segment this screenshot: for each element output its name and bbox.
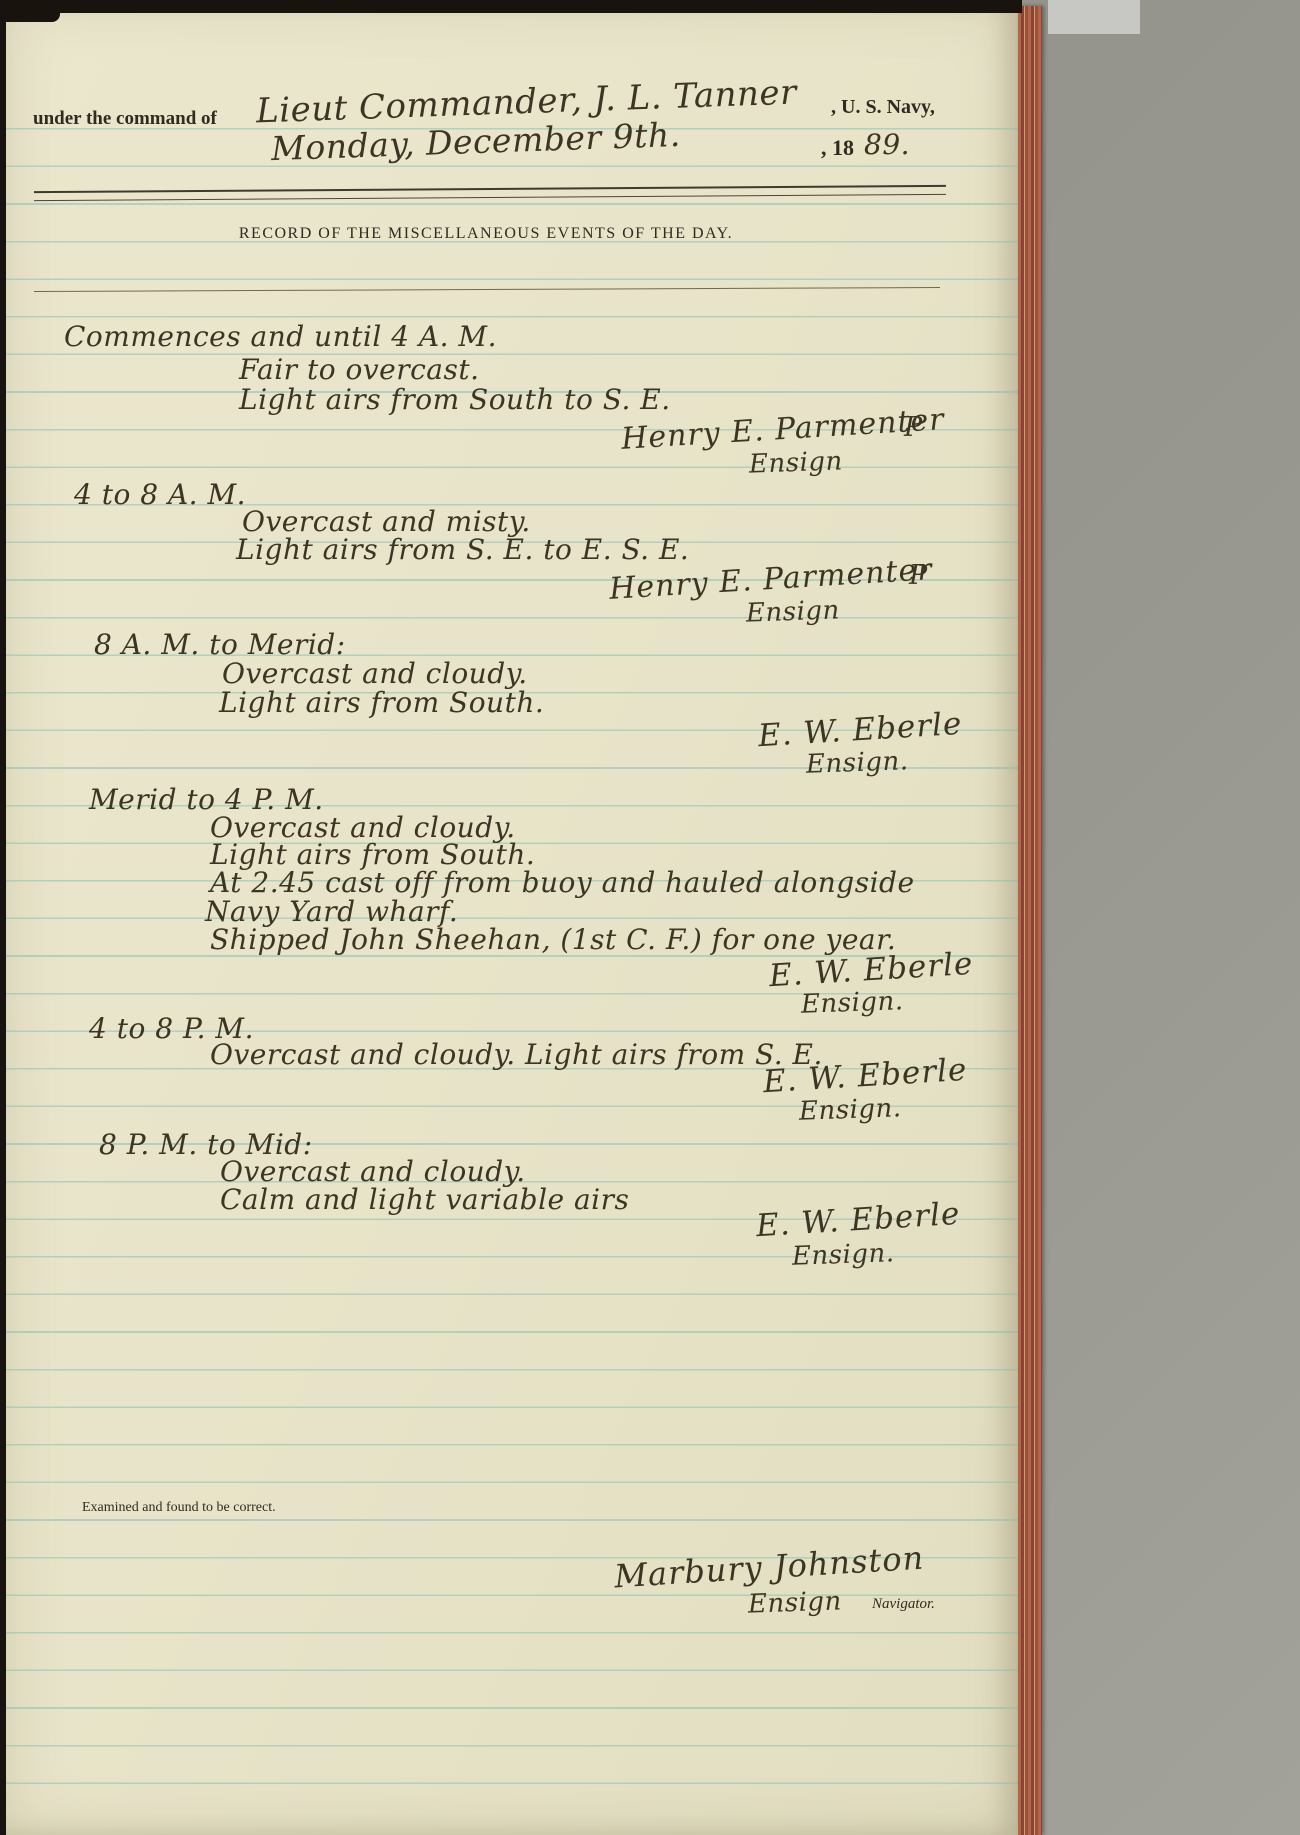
signature-rank: Ensign [749, 446, 844, 479]
navigator-signature: Marbury Johnston [613, 1539, 925, 1596]
signature-rank: Ensign [746, 595, 841, 628]
navigator-rank: Ensign [748, 1586, 843, 1619]
entry-line: Overcast and cloudy. Light airs from S. … [210, 1038, 823, 1071]
signature-rank: Ensign. [801, 986, 905, 1020]
section-title: RECORD OF THE MISCELLANEOUS EVENTS OF TH… [6, 225, 966, 243]
scanner-strip [1048, 0, 1140, 34]
signature-annotation: P [904, 412, 923, 443]
entry-line: Fair to overcast. [239, 353, 480, 386]
signature-rank: Ensign. [792, 1238, 896, 1272]
signature-annotation: P [909, 560, 928, 591]
printed-year-prefix: , 18 [821, 135, 854, 161]
book-cover-corner [0, 0, 60, 22]
entry-line: Shipped John Sheehan, (1st C. F.) for on… [210, 923, 896, 956]
header-divider [34, 185, 946, 201]
printed-command-prefix: under the command of [33, 108, 217, 130]
signature-rank: Ensign. [806, 746, 910, 780]
book-fore-edge [1018, 6, 1042, 1835]
entry-heading: Commences and until 4 A. M. [64, 320, 497, 353]
examined-note: Examined and found to be correct. [82, 1500, 276, 1516]
year-script: 89. [864, 128, 910, 161]
title-divider [34, 287, 940, 292]
book-binding-edge [0, 0, 6, 1835]
entry-line: Light airs from South. [219, 686, 544, 719]
printed-us-navy: , U. S. Navy, [831, 96, 935, 119]
entry-line: Light airs from South to S. E. [239, 383, 671, 416]
book-cover-top-edge [0, 0, 1022, 13]
signature: E. W. Eberle [755, 1196, 961, 1244]
entry-heading: 4 to 8 A. M. [74, 478, 246, 511]
logbook-scan: under the command of Lieut Commander, J.… [0, 0, 1300, 1835]
printed-navigator-title: Navigator. [872, 1596, 935, 1613]
signature-rank: Ensign. [799, 1093, 903, 1127]
logbook-page: under the command of Lieut Commander, J.… [6, 0, 1018, 1835]
entry-line: Calm and light variable airs [220, 1183, 629, 1216]
entry-line: Light airs from S. E. to E. S. E. [236, 533, 689, 566]
